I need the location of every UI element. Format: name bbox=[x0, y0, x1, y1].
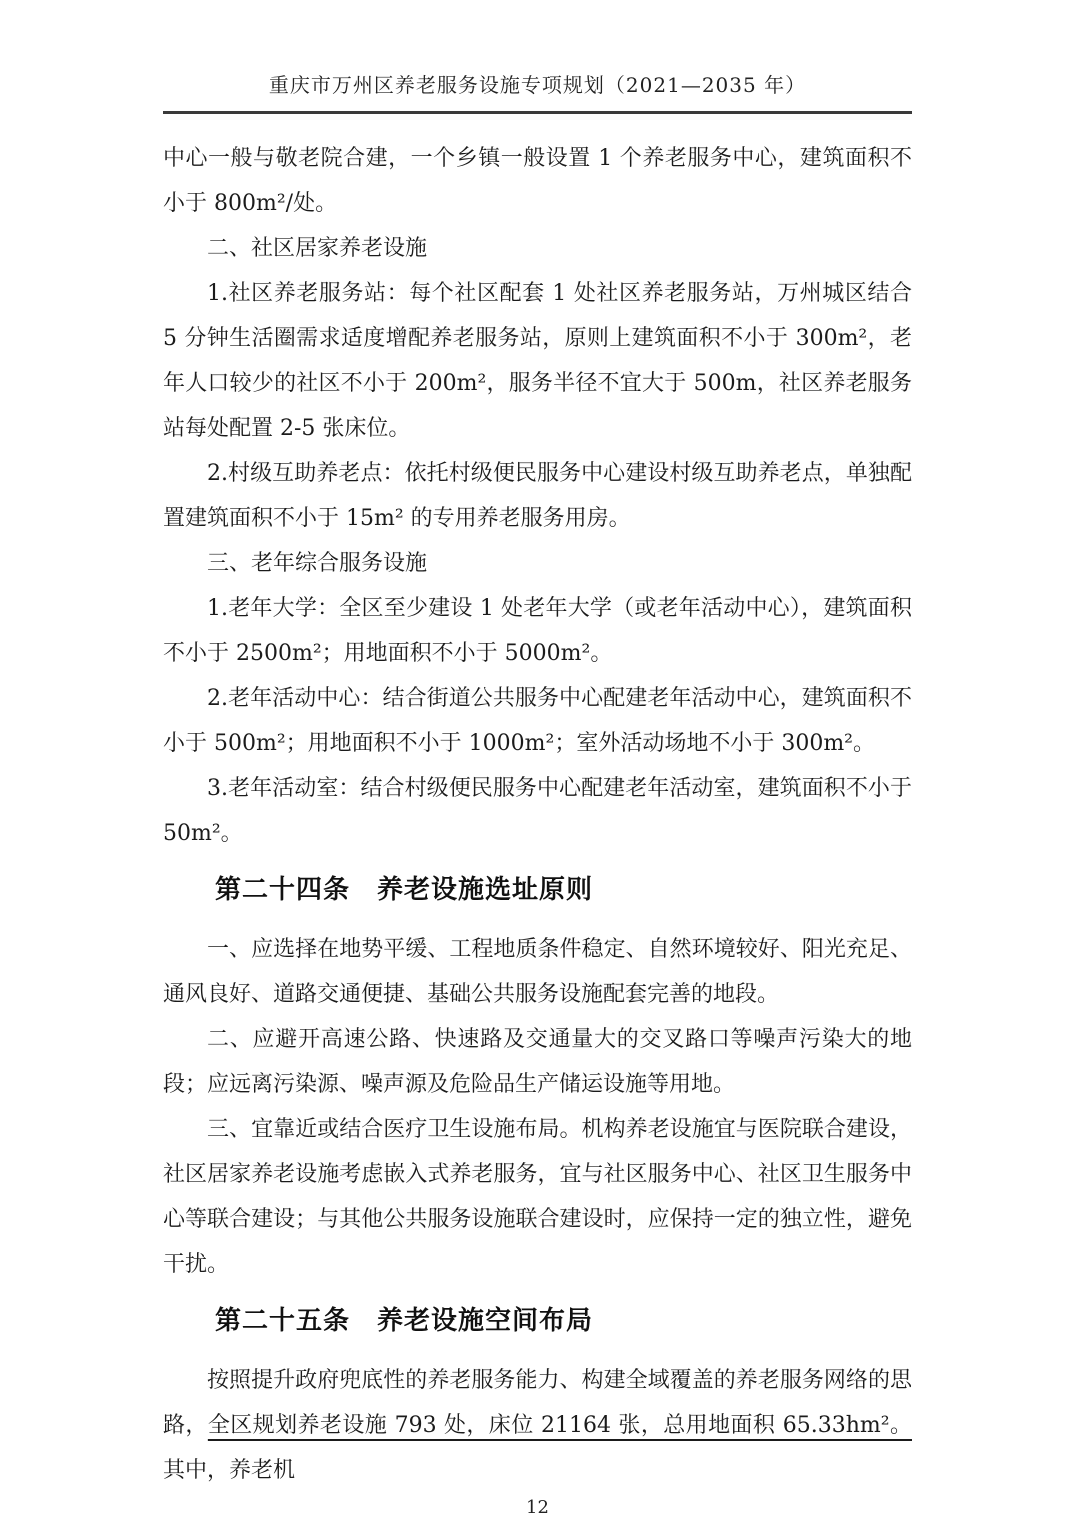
closing-paragraph-underlined: 全区规划养老设施 793 处，床位 21164 张，总用地面积 65.33hm²… bbox=[208, 1413, 912, 1438]
paragraph-senior-activity-room: 3.老年活动室：结合村级便民服务中心配建老年活动室，建筑面积不小于 50m²。 bbox=[163, 766, 912, 856]
heading-article-25: 第二十五条 养老设施空间布局 bbox=[163, 1299, 912, 1344]
paragraph-siting-principle-1: 一、应选择在地势平缓、工程地质条件稳定、自然环境较好、阳光充足、通风良好、道路交… bbox=[163, 927, 912, 1017]
paragraph-siting-principle-3: 三、宜靠近或结合医疗卫生设施布局。机构养老设施宜与医院联合建设，社区居家养老设施… bbox=[163, 1107, 912, 1287]
document-page: 重庆市万州区养老服务设施专项规划（2021—2035 年） 中心一般与敬老院合建… bbox=[0, 0, 1074, 1520]
header-rule bbox=[163, 111, 912, 114]
page-number: 12 bbox=[526, 1497, 549, 1518]
paragraph-continuation: 中心一般与敬老院合建，一个乡镇一般设置 1 个养老服务中心，建筑面积不小于 80… bbox=[163, 136, 912, 226]
page-footer: 12 bbox=[163, 1497, 912, 1518]
paragraph-village-mutual-aid: 2.村级互助养老点：依托村级便民服务中心建设村级互助养老点，单独配置建筑面积不小… bbox=[163, 451, 912, 541]
paragraph-section-2-title: 二、社区居家养老设施 bbox=[163, 226, 912, 271]
paragraph-senior-university: 1.老年大学：全区至少建设 1 处老年大学（或老年活动中心），建筑面积不小于 2… bbox=[163, 586, 912, 676]
page-header: 重庆市万州区养老服务设施专项规划（2021—2035 年） bbox=[163, 72, 912, 114]
paragraph-section-3-title: 三、老年综合服务设施 bbox=[163, 541, 912, 586]
paragraph-senior-activity-center: 2.老年活动中心：结合街道公共服务中心配建老年活动中心，建筑面积不小于 500m… bbox=[163, 676, 912, 766]
document-body: 中心一般与敬老院合建，一个乡镇一般设置 1 个养老服务中心，建筑面积不小于 80… bbox=[163, 136, 912, 1493]
header-title: 重庆市万州区养老服务设施专项规划（2021—2035 年） bbox=[163, 72, 912, 98]
closing-paragraph-post: 其中，养老机 bbox=[163, 1458, 295, 1483]
paragraph-siting-principle-2: 二、应避开高速公路、快速路及交通量大的交叉路口等噪声污染大的地段；应远离污染源、… bbox=[163, 1017, 912, 1107]
heading-article-24: 第二十四条 养老设施选址原则 bbox=[163, 868, 912, 913]
paragraph-community-station: 1.社区养老服务站：每个社区配套 1 处社区养老服务站，万州城区结合 5 分钟生… bbox=[163, 271, 912, 451]
closing-paragraph: 按照提升政府兜底性的养老服务能力、构建全域覆盖的养老服务网络的思路，全区规划养老… bbox=[163, 1358, 912, 1493]
